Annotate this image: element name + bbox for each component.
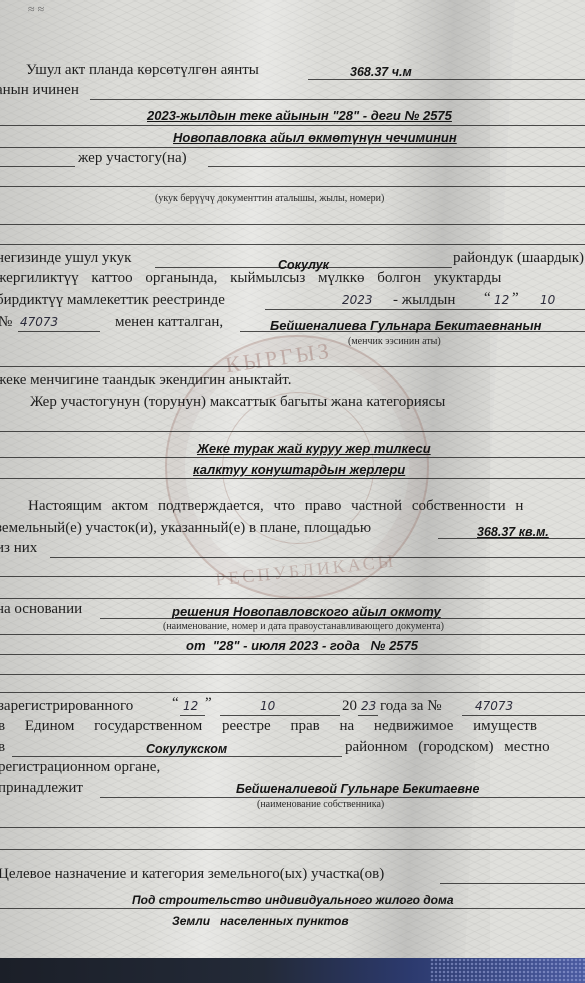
kg-decision-line2: Новопавловка айыл өкмөтүнүн чечиминин (173, 130, 457, 145)
kg-ownership-statement: жеке менчигине таандык экендигин аныктай… (0, 372, 291, 389)
ru-year-label: года за № (380, 698, 442, 715)
open-quote: “ (172, 695, 179, 712)
kg-owner-name: Бейшеналиева Гульнара Бекитаевнанын (270, 318, 541, 333)
kg-category-value: калктуу конуштардын жерлери (193, 462, 405, 477)
ru-basis-label: на основании (0, 601, 82, 618)
ru-registered-label: зарегистрированного (0, 698, 133, 715)
kg-year-label: - жылдын (393, 292, 455, 309)
kg-reg-year-handwritten: 2023 (342, 293, 373, 307)
kg-reg-month-handwritten: 10 (540, 293, 555, 307)
ru-organ-label: регистрационном органе, (0, 759, 160, 776)
kg-reg-number-handwritten: 47073 (20, 315, 58, 329)
kg-number-sign: № (0, 314, 12, 331)
land-act-page: КЫРГЫЗ РЕСПУБЛИКАСЫ ≈ ≈ Ушул акт планда … (0, 0, 585, 958)
top-marks: ≈ ≈ (28, 2, 44, 17)
ru-year-prefix: 20 (342, 698, 357, 715)
ru-act-statement-1: Настоящим актом подтверждается, что прав… (28, 498, 523, 515)
kg-doc-caption: (укук берүүчү документтин аталышы, жылы,… (155, 193, 384, 204)
ru-district-value: Сокулукском (146, 742, 227, 756)
ru-reg-month-handwritten: 10 (260, 699, 275, 713)
kg-registry-label: бирдиктүү мамлекеттик реестринде (0, 292, 225, 309)
ru-act-statement-2: земельный(е) участок(и), указанный(е) в … (0, 520, 371, 537)
ru-purpose-value: Под строительство индивидуального жилого… (132, 893, 454, 907)
kg-reg-day-handwritten: 12 (494, 293, 509, 307)
ru-belongs-label: принадлежит (0, 780, 83, 797)
shadow-band (0, 0, 120, 958)
ru-category-value: Земли населенных пунктов (172, 914, 349, 928)
ru-owner-name: Бейшеналиевой Гульнаре Бекитаевне (236, 782, 479, 796)
kg-inside-label: анын ичинен (0, 82, 79, 99)
kg-district-label: райондук (шаардык) (453, 250, 584, 267)
kg-registry-line: жергиликтүү каттоо органында, кыймылсыз … (0, 270, 501, 287)
ru-of-them-label: из них (0, 540, 37, 557)
kg-plot-label: жер участогу(на) (78, 150, 187, 167)
kg-registered-label: менен катталган, (115, 314, 223, 331)
ru-basis-caption: (наименование, номер и дата правоустанав… (163, 621, 444, 632)
fabric-texture (430, 958, 585, 983)
close-quote: ” (512, 290, 519, 307)
light-band (490, 0, 585, 958)
ru-basis-date: от "28" - июля 2023 - года № 2575 (186, 638, 418, 653)
ru-registry-line: в Едином государственном реестре прав на… (0, 718, 537, 735)
ru-reg-day-handwritten: 12 (183, 699, 198, 713)
ru-area-value: 368.37 кв.м. (477, 525, 549, 539)
ru-district-label: районном (городском) местно (345, 739, 550, 756)
ru-purpose-label: Целевое назначение и категория земельног… (0, 866, 384, 883)
kg-decision-line1: 2023-жылдын теке айынын "28" - деги № 25… (147, 108, 452, 123)
kg-purpose-label: Жер участогунун (торунун) максаттык багы… (30, 394, 445, 411)
kg-area-label: Ушул акт планда көрсөтүлгөн аянты (26, 62, 259, 79)
open-quote: “ (484, 290, 491, 307)
ru-owner-caption: (наименование собственника) (257, 799, 384, 810)
kg-area-value: 368.37 ч.м (350, 65, 412, 79)
kg-basis-label: негизинде ушул укук (0, 250, 131, 267)
close-quote: ” (205, 695, 212, 712)
ru-in-label: в (0, 739, 5, 756)
kg-owner-caption: (менчик ээсинин аты) (348, 336, 441, 347)
kg-purpose-value: Жеке турак жай куруу жер тилкеси (197, 441, 431, 456)
ru-basis-value: решения Новопавловского айыл окмоту (172, 604, 441, 619)
ru-reg-year-handwritten: 23 (361, 699, 376, 713)
ru-reg-number-handwritten: 47073 (475, 699, 513, 713)
